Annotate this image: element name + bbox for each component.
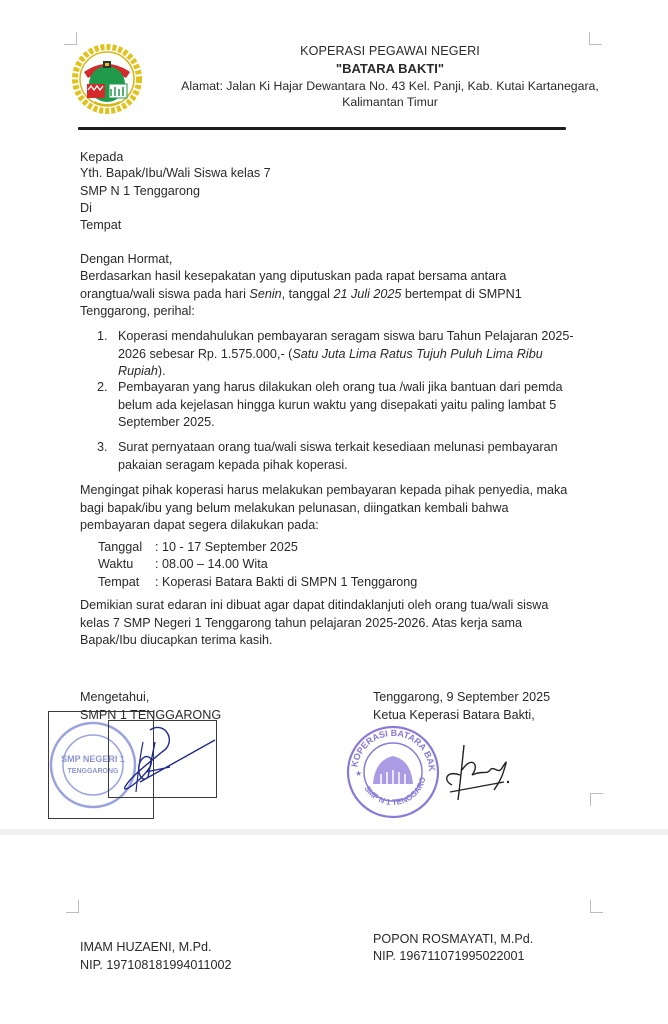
signature-right-icon	[432, 740, 522, 810]
signature-left-icon	[110, 722, 220, 802]
salutation: Dengan Hormat,	[80, 250, 172, 268]
list-number: 1.	[97, 327, 108, 345]
schedule-label: Tanggal	[98, 538, 142, 556]
text: 2026 sebesar Rp. 1.575.000,- (	[118, 347, 292, 361]
list-item-text: Pembayaran yang harus dilakukan oleh ora…	[118, 378, 563, 396]
meeting-day: Senin	[249, 287, 281, 301]
opening-line: Berdasarkan hasil kesepakatan yang diput…	[80, 267, 506, 285]
recipient-line: Tempat	[80, 216, 121, 234]
list-item-text: pakaian seragam kepada pihak koperasi.	[118, 456, 348, 474]
recipient-line: SMP N 1 Tenggarong	[80, 182, 200, 200]
list-item-text: 2026 sebesar Rp. 1.575.000,- (Satu Juta …	[118, 345, 543, 363]
text: , tanggal	[282, 287, 334, 301]
signer-name-right: POPON ROSMAYATI, M.Pd.	[373, 930, 533, 948]
list-item-text: Surat pernyataan orang tua/wali siswa te…	[118, 438, 558, 456]
schedule-value: : 08.00 – 14.00 Wita	[155, 555, 268, 573]
schedule-label: Waktu	[98, 555, 133, 573]
page-corner-mark	[590, 900, 603, 913]
org-name: KOPERASI PEGAWAI NEGERI	[180, 44, 600, 58]
recipient-line: Yth. Bapak/Ibu/Wali Siswa kelas 7	[80, 164, 271, 182]
page-break	[0, 829, 668, 835]
closing-line: Bapak/Ibu diucapkan terima kasih.	[80, 631, 273, 649]
closing-line: kelas 7 SMP Negeri 1 Tenggarong tahun pe…	[80, 614, 522, 632]
letterhead-rule	[78, 127, 566, 130]
acknowledged-label: Mengetahui,	[80, 688, 149, 706]
signer-nip-right: NIP. 196711071995022001	[373, 947, 525, 965]
koperasi-emblem-icon	[72, 44, 142, 114]
page-corner-mark	[66, 900, 79, 913]
reminder-line: Mengingat pihak koperasi harus melakukan…	[80, 481, 567, 499]
schedule-value: : 10 - 17 September 2025	[155, 538, 298, 556]
meeting-date: 21 Juli 2025	[333, 287, 401, 301]
amount-in-words: Satu Juta Lima Ratus Tujuh Puluh Lima Ri…	[292, 347, 542, 361]
schedule-value: : Koperasi Batara Bakti di SMPN 1 Tengga…	[155, 573, 417, 591]
koperasi-stamp-icon: KOPERASI BATARA BAKTI SMP N 1 TENGGARONG…	[343, 722, 443, 822]
text: bertempat di SMPN1	[401, 287, 521, 301]
list-item-text: Koperasi mendahulukan pembayaran seragam…	[118, 327, 574, 345]
text: ).	[158, 364, 166, 378]
list-item-text: belum ada kejelasan hingga kurun waktu y…	[118, 396, 556, 414]
reminder-line: bagi bapak/ibu yang belum melakukan pelu…	[80, 499, 508, 517]
org-title: "BATARA BAKTI"	[180, 61, 600, 76]
place-date: Tenggarong, 9 September 2025	[373, 688, 550, 706]
signer-name-left: IMAM HUZAENI, M.Pd.	[80, 938, 212, 956]
closing-line: Demikian surat edaran ini dibuat agar da…	[80, 596, 548, 614]
schedule-label: Tempat	[98, 573, 139, 591]
text: orangtua/wali siswa pada hari	[80, 287, 249, 301]
org-address: Alamat: Jalan Ki Hajar Dewantara No. 43 …	[180, 79, 600, 93]
opening-line: orangtua/wali siswa pada hari Senin, tan…	[80, 285, 522, 303]
signer-nip-left: NIP. 197108181994011002	[80, 956, 232, 974]
amount-in-words: Rupiah	[118, 364, 158, 378]
recipient-line: Di	[80, 199, 92, 217]
opening-line: Tenggarong, perihal:	[80, 302, 195, 320]
svg-text:★: ★	[355, 769, 362, 778]
list-number: 2.	[97, 378, 108, 396]
list-item-text: September 2025.	[118, 413, 215, 431]
list-number: 3.	[97, 438, 108, 456]
page-corner-mark	[590, 793, 603, 806]
reminder-line: pembayaran dapat segera dilakukan pada:	[80, 516, 319, 534]
org-address-region: Kalimantan Timur	[180, 95, 600, 109]
